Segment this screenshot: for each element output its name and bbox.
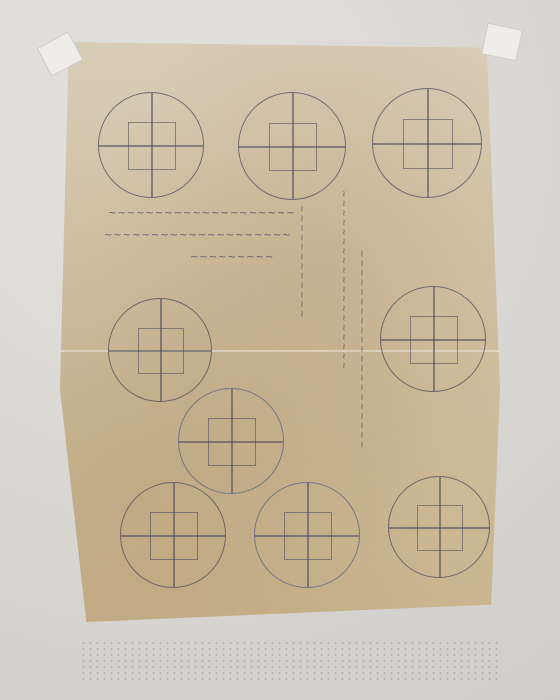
dust-speckles bbox=[80, 640, 500, 680]
astrological-wheel bbox=[108, 298, 212, 402]
astrological-wheel bbox=[380, 286, 486, 392]
handwritten-line: ~~~~~~~~~~~~~~~~~~~~ bbox=[104, 230, 292, 241]
astrological-wheel bbox=[120, 482, 226, 588]
handwritten-column: ~~~~~~~~~~~~ bbox=[296, 205, 306, 320]
handwritten-column: ~~~~~~~~~~~~~~~~~~~~~ bbox=[356, 250, 366, 450]
astrological-wheel bbox=[238, 92, 346, 200]
astrological-wheel bbox=[388, 476, 490, 578]
astrological-wheel bbox=[372, 88, 482, 198]
handwritten-column: ~~~~~~~~~~~~~~~~~~~ bbox=[338, 190, 348, 371]
astrological-wheel bbox=[254, 482, 360, 588]
handwritten-line: ~~~~~~~~~~~~~~~~~~~~ bbox=[108, 208, 296, 219]
astrological-wheel bbox=[178, 388, 284, 494]
astrological-wheel bbox=[98, 92, 204, 198]
handwritten-line: ~~~~~~~~~ bbox=[190, 252, 274, 263]
